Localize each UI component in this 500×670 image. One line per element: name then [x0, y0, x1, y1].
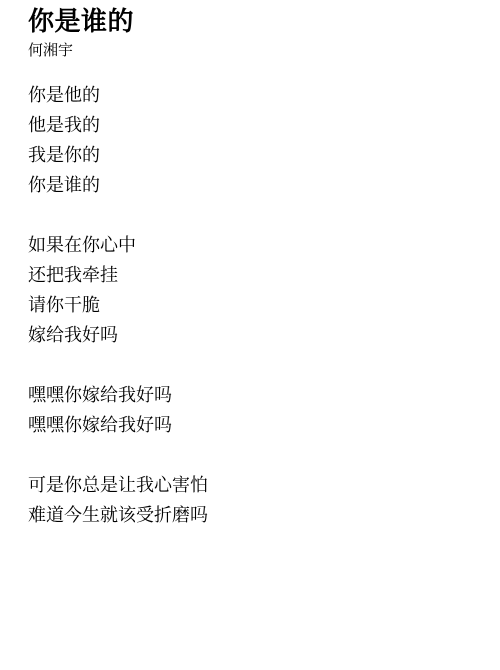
lyric-line: 难道今生就该受折磨吗	[28, 500, 472, 530]
lyric-line: 可是你总是让我心害怕	[28, 470, 472, 500]
lyrics-stanza: 你是他的他是我的我是你的你是谁的	[28, 80, 472, 200]
lyric-line: 如果在你心中	[28, 230, 472, 260]
lyric-line: 嘿嘿你嫁给我好吗	[28, 380, 472, 410]
lyrics-body: 你是他的他是我的我是你的你是谁的如果在你心中还把我牵挂请你干脆嫁给我好吗嘿嘿你嫁…	[28, 80, 472, 530]
lyric-line: 他是我的	[28, 110, 472, 140]
lyrics-stanza: 如果在你心中还把我牵挂请你干脆嫁给我好吗	[28, 230, 472, 350]
lyric-line: 你是他的	[28, 80, 472, 110]
artist-name: 何湘宇	[28, 42, 472, 60]
lyric-line: 嘿嘿你嫁给我好吗	[28, 410, 472, 440]
lyric-line: 还把我牵挂	[28, 260, 472, 290]
song-title: 你是谁的	[28, 6, 472, 36]
lyric-line: 你是谁的	[28, 170, 472, 200]
lyrics-stanza: 可是你总是让我心害怕难道今生就该受折磨吗	[28, 470, 472, 530]
lyric-line: 我是你的	[28, 140, 472, 170]
lyrics-page: 你是谁的 何湘宇 你是他的他是我的我是你的你是谁的如果在你心中还把我牵挂请你干脆…	[0, 0, 500, 670]
lyrics-stanza: 嘿嘿你嫁给我好吗嘿嘿你嫁给我好吗	[28, 380, 472, 440]
lyric-line: 请你干脆	[28, 290, 472, 320]
lyric-line: 嫁给我好吗	[28, 320, 472, 350]
